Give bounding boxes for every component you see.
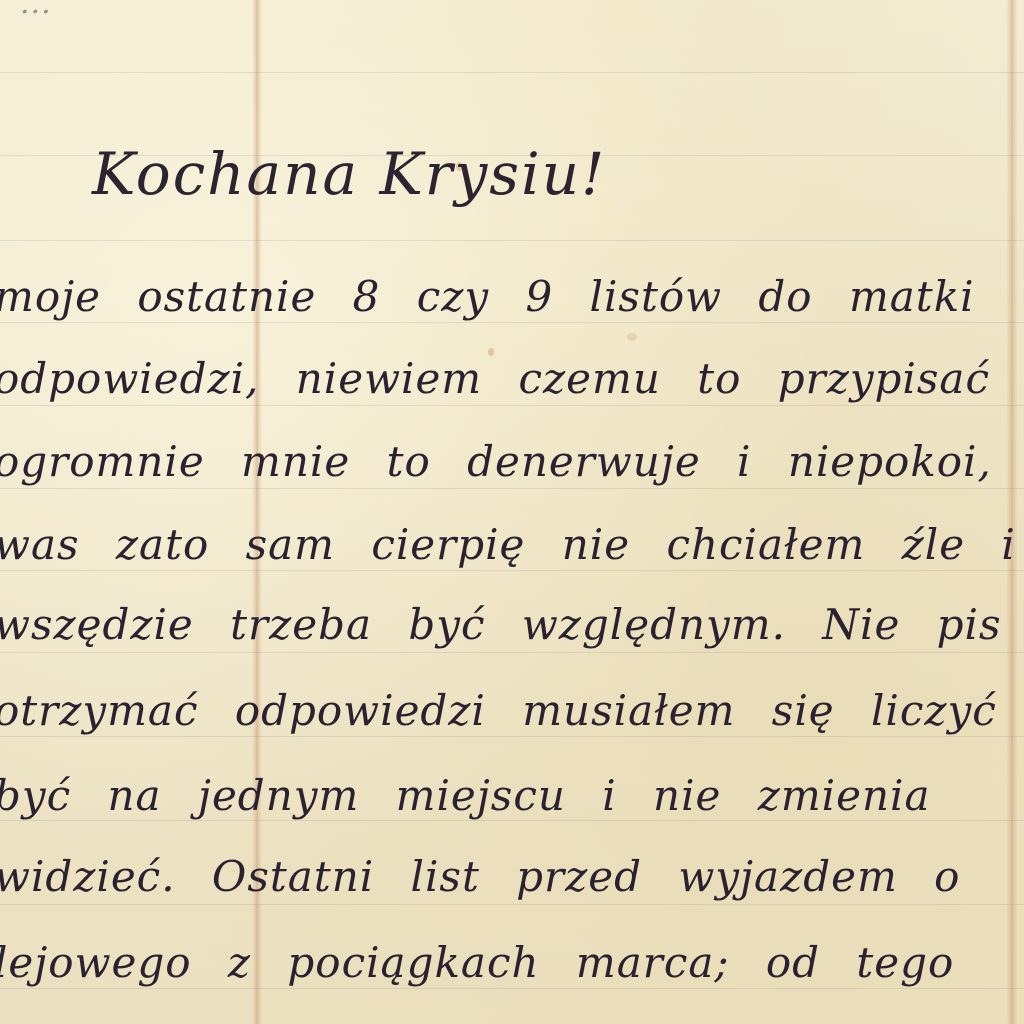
- ruled-line: [0, 72, 1024, 73]
- letter-line-5: wszędzie trzeba być względnym. Nie pis: [0, 600, 1002, 649]
- top-fragment-text: ...: [20, 0, 52, 21]
- paper-stain: [627, 333, 637, 341]
- letter-line-8: widzieć. Ostatni list przed wyjazdem o: [0, 852, 960, 901]
- ruled-line: [0, 240, 1024, 241]
- letter-line-1: moje ostatnie 8 czy 9 listów do matki: [0, 272, 975, 321]
- letter-line-3: ogromnie mnie to denerwuje i niepokoi,: [0, 437, 992, 486]
- ruled-line: [0, 405, 1024, 406]
- letter-line-4: was zato sam cierpię nie chciałem źle i: [0, 520, 1016, 569]
- ruled-line: [0, 736, 1024, 737]
- ruled-line: [0, 988, 1024, 989]
- letter-line-9: lejowego z pociągkach marca; od tego: [0, 938, 954, 987]
- ruled-line: [0, 904, 1024, 905]
- ruled-line: [0, 488, 1024, 489]
- ruled-line: [0, 570, 1024, 571]
- fold-crease: [1006, 0, 1018, 1024]
- letter-line-6: otrzymać odpowiedzi musiałem się liczyć …: [0, 686, 1024, 735]
- letter-line-7: być na jednym miejscu i nie zmienia: [0, 771, 931, 820]
- letter-page: ... Kochana Krysiu! moje ostatnie 8 czy …: [0, 0, 1024, 1024]
- ruled-line: [0, 322, 1024, 323]
- letter-line-2: odpowiedzi, niewiem czemu to przypisać: [0, 354, 990, 403]
- ruled-line: [0, 820, 1024, 821]
- salutation: Kochana Krysiu!: [92, 140, 606, 208]
- ruled-line: [0, 652, 1024, 653]
